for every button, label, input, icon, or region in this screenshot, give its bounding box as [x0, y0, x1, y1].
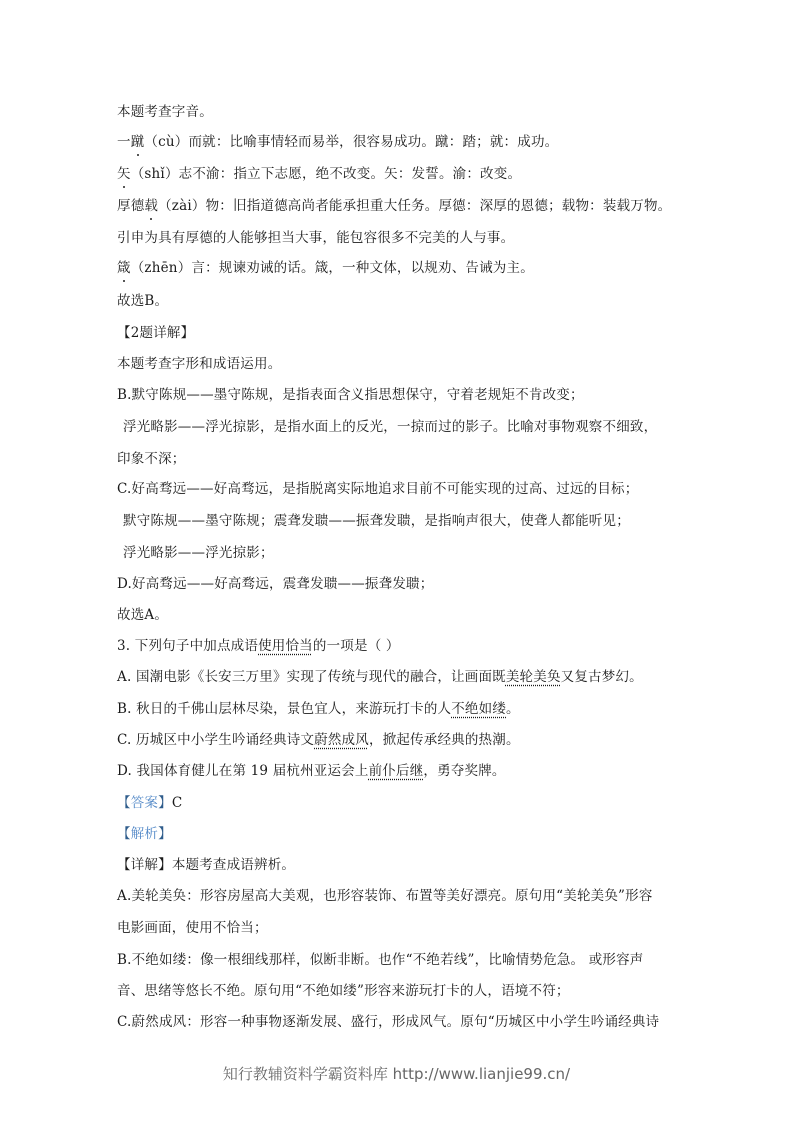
option-pre: 国潮电影《长安三万里》实现了传统与现代的融合，让画面既: [131, 669, 505, 685]
text-post: （zhēn）言：规谏劝诫的话。箴，一种文体，以规劝、告诫为主。: [131, 260, 534, 276]
section1-conclusion: 故选B。: [117, 292, 168, 310]
section2-line: 默守陈规——墨守陈规；震聋发聩——振聋发聩，是指响声很大，使聋人都能听见；: [123, 512, 630, 530]
option-pre: 我国体育健儿在第 19 届杭州亚运会上: [132, 763, 369, 779]
detail-heading: 【详解】: [117, 857, 172, 873]
bracket-close: 】: [158, 826, 172, 842]
text-pre: 厚德: [117, 198, 144, 214]
stem-dotted: 使用恰当: [258, 638, 313, 654]
explanation-line: 电影画面，使用不恰当；: [117, 919, 268, 937]
question3-option-a: A. 国潮电影《长安三万里》实现了传统与现代的融合，让画面既美轮美奂又复古梦幻。: [117, 668, 643, 686]
option-post: ，掀起传承经典的热潮。: [369, 732, 520, 748]
text-post: （cù）而就：比喻事情轻而易举，很容易成功。蹴：踏；就：成功。: [144, 134, 558, 150]
section2-line: C.好高骛远——好高骛远，是指脱离实际地追求目前不可能实现的过高、过远的目标；: [117, 480, 638, 498]
section2-conclusion: 故选A。: [117, 606, 168, 624]
section2-line: 印象不深；: [117, 450, 186, 468]
option-pre: 秋日的千佛山层林尽染，景色宜人，来游玩打卡的人: [132, 701, 452, 717]
section2-line: D.好高骛远——好高骛远，震聋发聩——振聋发聩；: [117, 575, 433, 593]
question3-option-d: D. 我国体育健儿在第 19 届杭州亚运会上前仆后继，勇夺奖牌。: [117, 762, 506, 780]
section1-continuation: 引申为具有厚德的人能够担当大事，能包容很多不完美的人与事。: [117, 229, 514, 247]
question3-option-c: C. 历城区中小学生吟诵经典诗文蔚然成风，掀起传承经典的热潮。: [117, 731, 520, 749]
section2-line: 浮光略影——浮光掠影；: [123, 544, 274, 562]
option-dotted: 美轮美奂: [506, 669, 561, 685]
option-label: C.: [117, 732, 132, 748]
bracket-open: 【: [117, 826, 131, 842]
option-dotted: 蔚然成风: [314, 732, 369, 748]
section2-intro: 本题考查字形和成语运用。: [117, 355, 281, 373]
option-post: 。: [506, 701, 520, 717]
explanation-line: A.美轮美奂：形容房屋高大美观，也形容装饰、布置等美好漂亮。原句用“美轮美奂”形…: [117, 887, 653, 905]
question3-stem: 3. 下列句子中加点成语使用恰当的一项是（ ）: [117, 637, 400, 655]
section2-heading: 【2题详解】: [117, 324, 194, 342]
document-page: 本题考查字音。 一蹴（cù）而就：比喻事情轻而易举，很容易成功。蹴：踏；就：成功…: [0, 0, 793, 1122]
dotted-char: 矢: [117, 165, 131, 183]
option-pre: 历城区中小学生吟诵经典诗文: [132, 732, 315, 748]
stem-post: 的一项是（ ）: [313, 638, 400, 654]
bracket-close: 】: [158, 795, 172, 811]
option-label: B.: [117, 701, 132, 717]
explanation-line: 音、思绪等悠长不绝。原句用“不绝如缕”形容来游玩打卡的人，语境不符；: [117, 982, 570, 1000]
option-dotted: 不绝如缕: [451, 701, 506, 717]
answer-line: 【答案】C: [117, 794, 182, 812]
option-post: 又复古梦幻。: [561, 669, 643, 685]
section1-intro: 本题考查字音。: [117, 103, 213, 121]
option-label: A.: [117, 669, 131, 685]
analysis-label: 解析: [131, 826, 158, 842]
question3-option-b: B. 秋日的千佛山层林尽染，景色宜人，来游玩打卡的人不绝如缕。: [117, 700, 520, 718]
detail-line: 【详解】本题考查成语辨析。: [117, 856, 295, 874]
explanation-line: C.蔚然成风：形容一种事物逐渐发展、盛行，形成风气。原句“历城区中小学生吟诵经典…: [117, 1013, 659, 1031]
section2-line: B.默守陈规——墨守陈规，是指表面含义指思想保守，守着老规矩不肯改变；: [117, 386, 584, 404]
text-post: （shǐ）志不渝：指立下志愿，绝不改变。矢：发誓。渝：改变。: [131, 166, 521, 182]
analysis-line: 【解析】: [117, 825, 172, 843]
text-pre: 一: [117, 134, 131, 150]
footer-watermark: 知行教辅资料学霸资料库 http://www.lianjie99.cn/: [0, 1063, 793, 1084]
option-post: ，勇夺奖牌。: [423, 763, 505, 779]
dotted-char: 蹴: [131, 133, 145, 151]
explanation-line: B.不绝如缕：像一根细线那样，似断非断。也作“不绝若线”，比喻情势危急。 或形容…: [117, 951, 644, 969]
option-dotted: 前仆后继: [369, 763, 424, 779]
dotted-char: 箴: [117, 259, 131, 277]
text-post: （zài）物：旧指道德高尚者能承担重大任务。厚德：深厚的恩德；载物：装载万物。: [158, 198, 671, 214]
dotted-char: 载: [144, 197, 158, 215]
section1-item-3: 厚德载（zài）物：旧指道德高尚者能承担重大任务。厚德：深厚的恩德；载物：装载万…: [117, 197, 671, 215]
answer-label: 答案: [131, 795, 158, 811]
section1-item-2: 矢（shǐ）志不渝：指立下志愿，绝不改变。矢：发誓。渝：改变。: [117, 165, 521, 183]
bracket-open: 【: [117, 795, 131, 811]
section1-item-1: 一蹴（cù）而就：比喻事情轻而易举，很容易成功。蹴：踏；就：成功。: [117, 133, 558, 151]
detail-intro: 本题考查成语辨析。: [172, 857, 295, 873]
section1-item-4: 箴（zhēn）言：规谏劝诫的话。箴，一种文体，以规劝、告诫为主。: [117, 259, 534, 277]
option-label: D.: [117, 763, 132, 779]
section2-line: 浮光略影——浮光掠影，是指水面上的反光，一掠而过的影子。比喻对事物观察不细致，: [123, 418, 657, 436]
answer-value: C: [172, 795, 183, 811]
stem-pre: 3. 下列句子中加点成语: [117, 638, 258, 654]
